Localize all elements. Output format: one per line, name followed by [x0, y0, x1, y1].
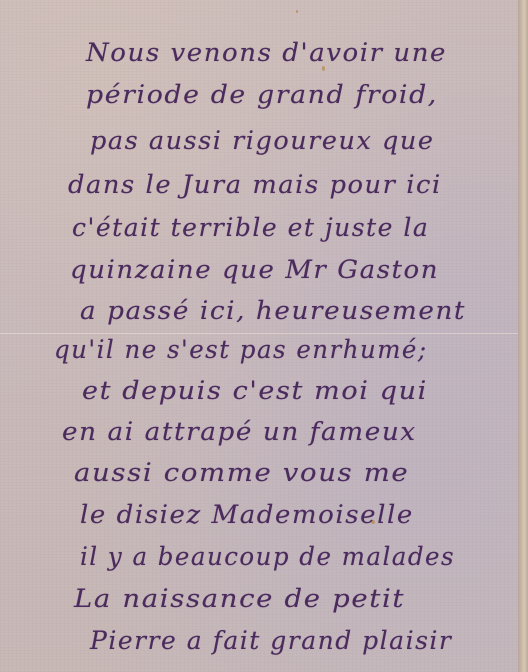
letter-line: aussi comme vous me	[74, 458, 409, 487]
letter-line: dans le Jura mais pour ici	[68, 170, 442, 199]
letter-line: le disiez Mademoiselle	[80, 500, 414, 529]
letter-line: et depuis c'est moi qui	[82, 376, 428, 405]
letter-line: c'était terrible et juste la	[72, 213, 429, 242]
letter-line: période de grand froid,	[86, 80, 438, 109]
letter-line: il y a beaucoup de malades	[80, 542, 455, 571]
letter-page: Nous venons d'avoir une période de grand…	[0, 0, 528, 672]
letter-line: Pierre a fait grand plaisir	[90, 626, 452, 655]
paper-right-edge	[518, 0, 528, 672]
letter-line: La naissance de petit	[74, 584, 405, 613]
handwritten-text: Nous venons d'avoir une période de grand…	[0, 0, 518, 672]
letter-line: quinzaine que Mr Gaston	[70, 255, 439, 284]
letter-line: qu'il ne s'est pas enrhumé;	[54, 335, 428, 364]
letter-line: en ai attrapé un fameux	[62, 417, 417, 446]
letter-line: Nous venons d'avoir une	[86, 38, 447, 67]
letter-line: a passé ici, heureusement	[80, 296, 466, 325]
letter-line: pas aussi rigoureux que	[90, 126, 434, 155]
